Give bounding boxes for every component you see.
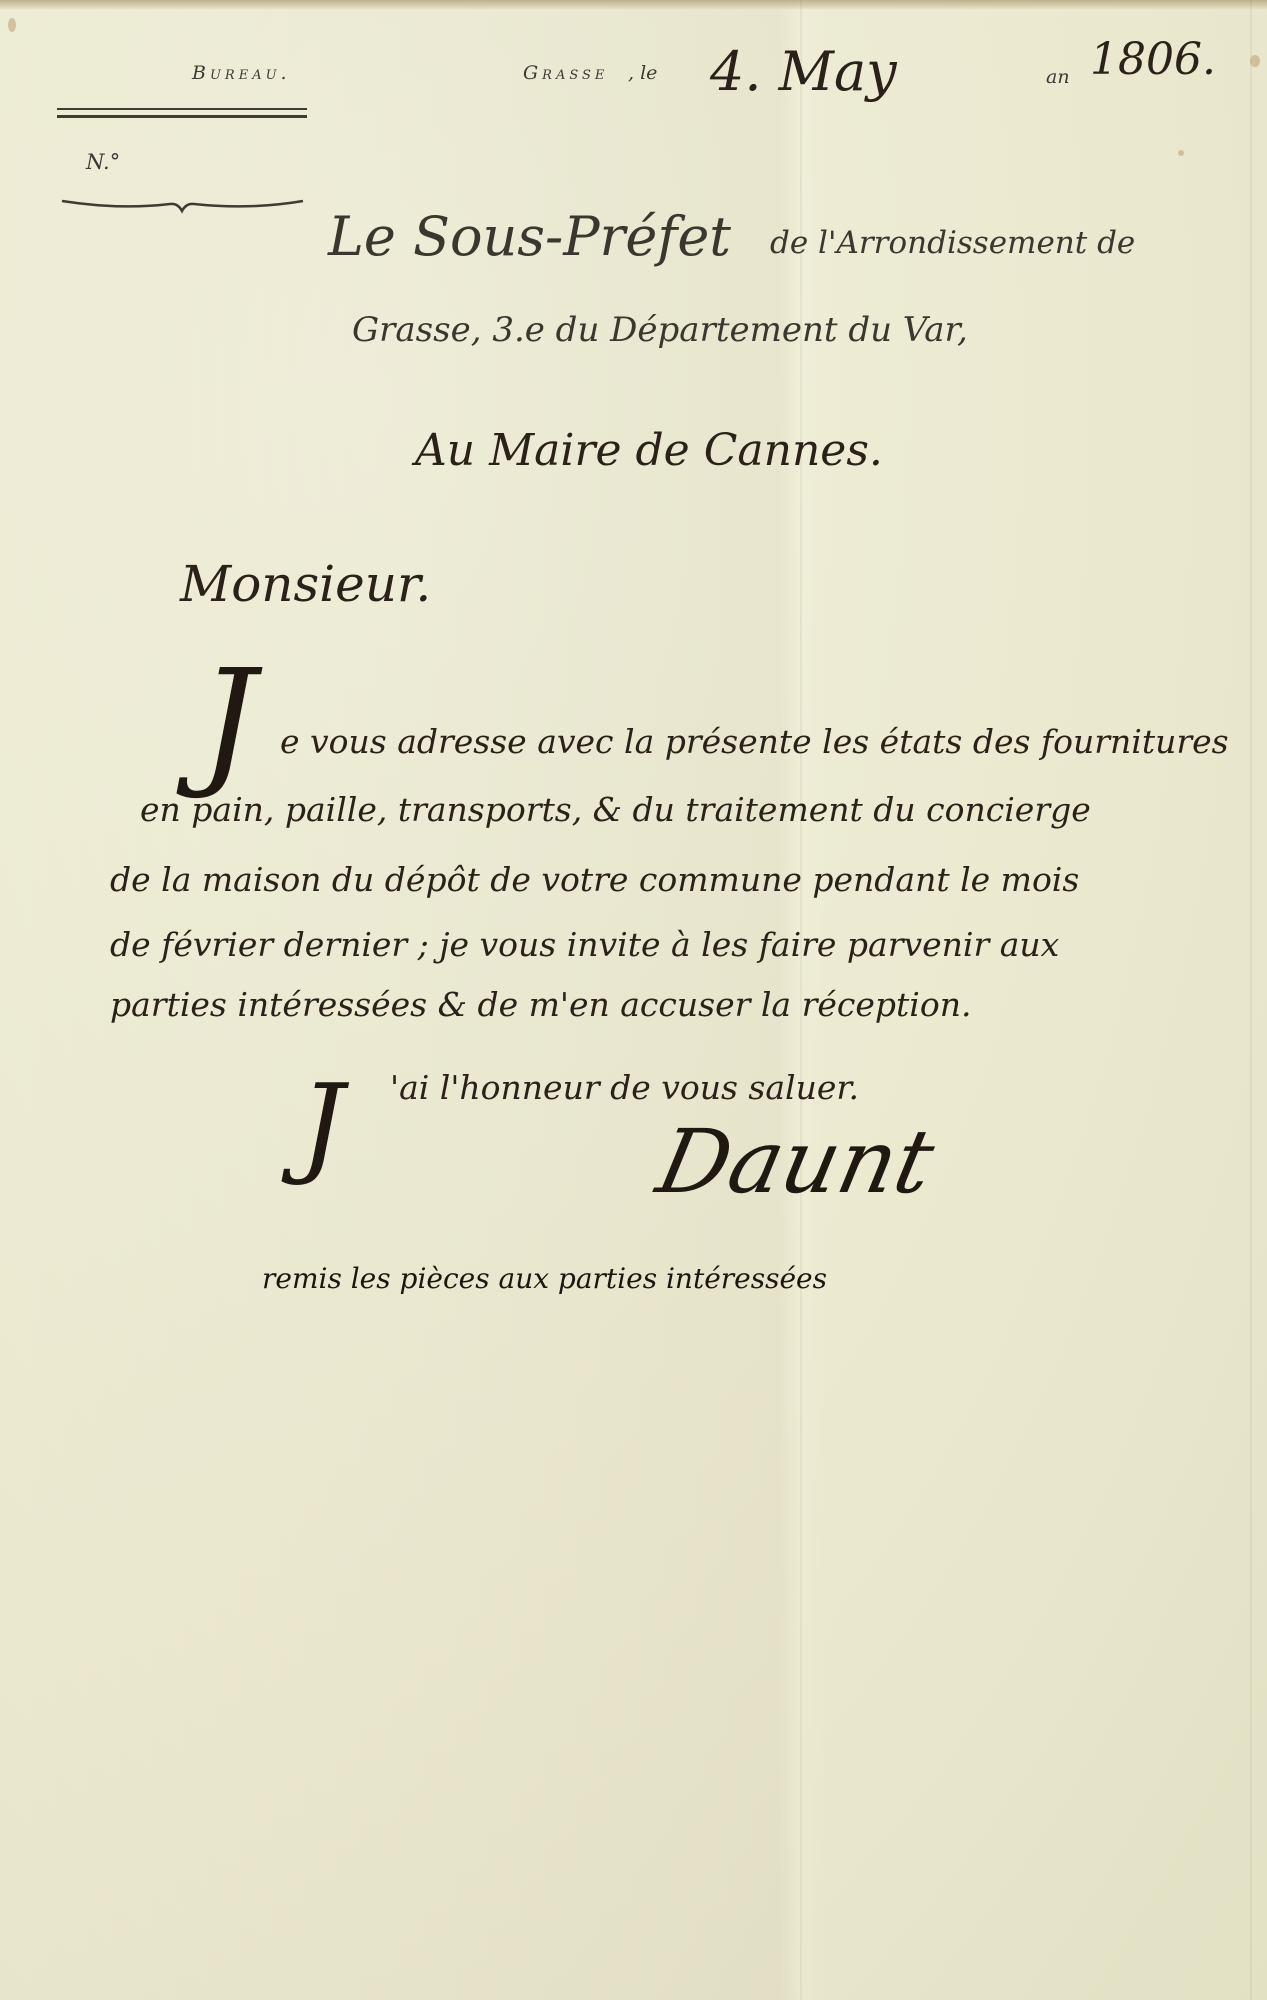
sender-district: Grasse, 3.e du Département du Var,	[352, 310, 968, 350]
letterhead-double-rule	[57, 108, 307, 118]
body-line: de février dernier ; je vous invite à le…	[110, 925, 1059, 964]
body-line: en pain, paille, transports, & du traite…	[140, 790, 1091, 829]
year-prefix: an	[1046, 66, 1070, 88]
date-prefix: , le	[628, 62, 657, 84]
brace-divider	[60, 198, 305, 214]
paper-stain	[1250, 55, 1260, 67]
place-label: Grasse	[523, 62, 608, 84]
sender-title: Le Sous-Préfet	[328, 205, 731, 268]
recipient: Au Maire de Cannes.	[415, 425, 883, 476]
body-drop-initial: J	[200, 640, 256, 803]
handwritten-annotation: remis les pièces aux parties intéressées	[262, 1262, 827, 1295]
body-line: e vous adresse avec la présente les état…	[280, 722, 1229, 761]
signature: Daunt	[649, 1110, 943, 1213]
paper-top-edge	[0, 0, 1267, 10]
body-line: parties intéressées & de m'en accuser la…	[110, 985, 971, 1024]
paper-fold	[1250, 0, 1252, 2000]
paper-stain	[8, 18, 16, 32]
closing-initial: J	[300, 1060, 344, 1188]
closing-text: 'ai l'honneur de vous saluer.	[390, 1068, 859, 1107]
date-day-month: 4. May	[710, 40, 897, 103]
year: 1806.	[1090, 34, 1216, 85]
paper-stain	[1178, 150, 1184, 156]
body-line: de la maison du dépôt de votre commune p…	[110, 860, 1079, 899]
sender-title-rest: de l'Arrondissement de	[770, 225, 1135, 261]
bureau-label: Bureau.	[192, 62, 291, 84]
document-page: Bureau. N.° Grasse , le 4. May an 1806. …	[0, 0, 1267, 2000]
number-label: N.°	[86, 150, 120, 174]
salutation: Monsieur.	[180, 555, 431, 613]
